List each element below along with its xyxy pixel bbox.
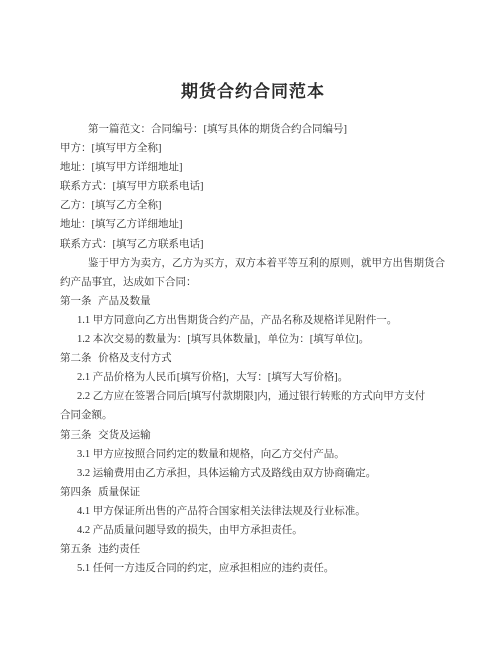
document-line: 4.2 产品质量问题导致的损失，由甲方承担责任。 (60, 521, 446, 540)
document-line: 联系方式：[填写甲方联系电话] (60, 177, 446, 196)
contract-document-page: 期货合约合同范本 第一篇范文：合同编号：[填写具体的期货合约合同编号]甲方：[填… (0, 0, 500, 647)
section-heading: 第一条 产品及数量 (60, 292, 446, 311)
document-line: 地址：[填写甲方详细地址] (60, 158, 446, 177)
document-line: 2.2 乙方应在签署合同后[填写付款期限]内，通过银行转账的方式向甲方支付 (60, 387, 446, 406)
document-line: 3.2 运输费用由乙方承担，具体运输方式及路线由双方协商确定。 (60, 464, 446, 483)
document-line: 乙方：[填写乙方全称] (60, 196, 446, 215)
document-line: 第一篇范文：合同编号：[填写具体的期货合约合同编号] (60, 120, 446, 139)
document-line: 4.1 甲方保证所出售的产品符合国家相关法律法规及行业标准。 (60, 502, 446, 521)
document-line: 2.1 产品价格为人民币[填写价格]，大写：[填写大写价格]。 (60, 368, 446, 387)
document-line: 约产品事宜，达成如下合同： (60, 273, 446, 292)
document-line: 1.2 本次交易的数量为：[填写具体数量]，单位为：[填写单位]。 (60, 330, 446, 349)
document-line: 鉴于甲方为卖方，乙方为买方，双方本着平等互利的原则，就甲方出售期货合 (60, 254, 446, 273)
document-line: 联系方式：[填写乙方联系电话] (60, 235, 446, 254)
section-heading: 第五条 违约责任 (60, 540, 446, 559)
document-line: 甲方：[填写甲方全称] (60, 139, 446, 158)
document-line: 5.1 任何一方违反合同的约定，应承担相应的违约责任。 (60, 559, 446, 578)
section-heading: 第三条 交货及运输 (60, 426, 446, 445)
document-body: 第一篇范文：合同编号：[填写具体的期货合约合同编号]甲方：[填写甲方全称]地址：… (60, 120, 446, 578)
document-line: 1.1 甲方同意向乙方出售期货合约产品，产品名称及规格详见附件一。 (60, 311, 446, 330)
document-line: 合同金额。 (60, 406, 446, 425)
section-heading: 第二条 价格及支付方式 (60, 349, 446, 368)
section-heading: 第四条 质量保证 (60, 483, 446, 502)
document-line: 3.1 甲方应按照合同约定的数量和规格，向乙方交付产品。 (60, 445, 446, 464)
document-title: 期货合约合同范本 (60, 80, 446, 104)
document-line: 地址：[填写乙方详细地址] (60, 215, 446, 234)
